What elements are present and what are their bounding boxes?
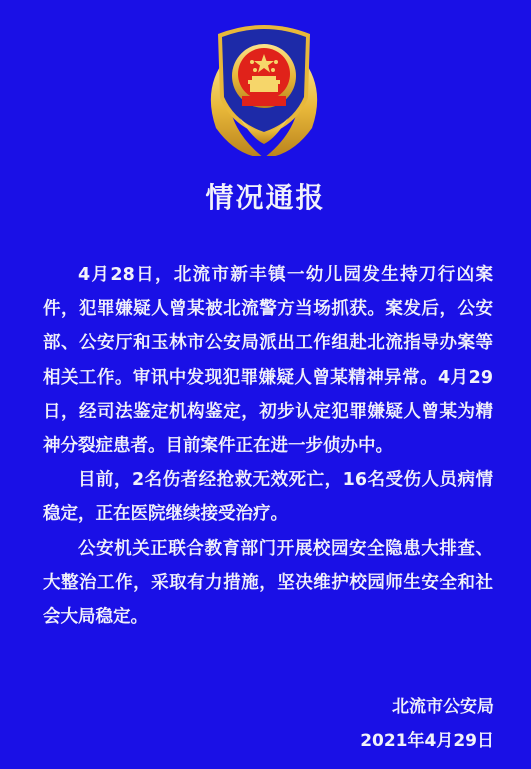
- issue-date: 2021年4月29日: [360, 724, 494, 758]
- paragraph-casualties: 目前，2名伤者经抢救无效死亡，16名受伤人员病情稳定，正在医院继续接受治疗。: [43, 463, 493, 531]
- paragraph-measures: 公安机关正联合教育部门开展校园安全隐患大排查、大整治工作，采取有力措施，坚决维护…: [43, 532, 493, 635]
- notice-body: 4月28日，北流市新丰镇一幼儿园发生持刀行凶案件，犯罪嫌疑人曾某被北流警方当场抓…: [43, 258, 493, 634]
- police-emblem-icon: [196, 18, 332, 156]
- page-title: 情况通报: [0, 176, 531, 216]
- issuer: 北流市公安局: [360, 690, 494, 724]
- signature-block: 北流市公安局 2021年4月29日: [360, 690, 494, 758]
- paragraph-incident: 4月28日，北流市新丰镇一幼儿园发生持刀行凶案件，犯罪嫌疑人曾某被北流警方当场抓…: [43, 258, 493, 463]
